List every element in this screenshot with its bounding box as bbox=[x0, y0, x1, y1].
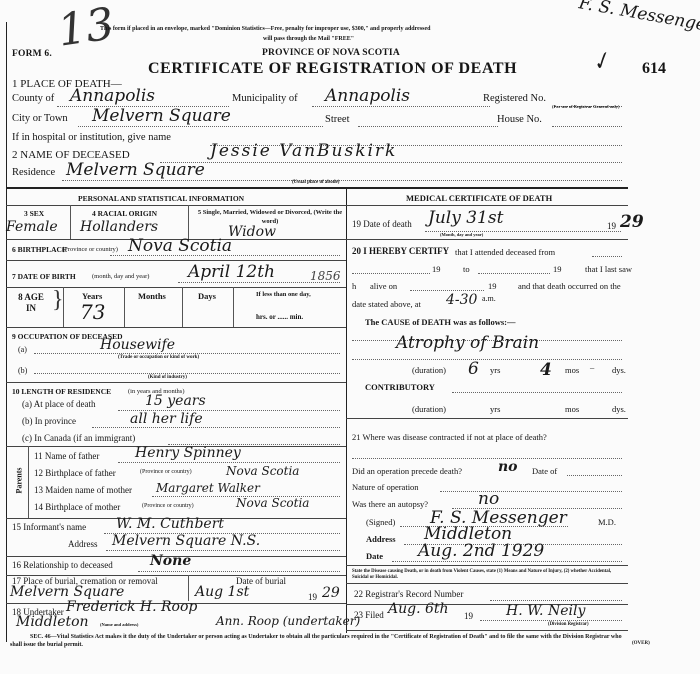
residence-value: Melvern Square bbox=[66, 160, 205, 180]
undertaker-duty-note: SEC. 46—Vital Statistics Act makes it th… bbox=[10, 633, 630, 649]
alive-on-label: alive on bbox=[370, 281, 397, 291]
filed-year-prefix: 19 bbox=[464, 611, 473, 621]
burial-place-value: Melvern Square bbox=[10, 584, 124, 600]
date-of-death-value: July 31st bbox=[428, 208, 503, 228]
operation-nature-label: Nature of operation bbox=[352, 482, 419, 492]
cause-duration-label: (duration) bbox=[412, 365, 446, 375]
county-label: County of bbox=[12, 93, 54, 104]
house-no-label: House No. bbox=[497, 114, 542, 125]
date-of-death-note: (Month, day and year) bbox=[440, 232, 483, 237]
date-of-birth-note: (month, day and year) bbox=[92, 273, 149, 280]
age-label: 8 AGE IN bbox=[14, 292, 48, 314]
attended-to-label: to bbox=[463, 264, 470, 274]
time-of-death-suffix: a.m. bbox=[482, 294, 496, 303]
death-occurred-label: and that death occurred on the bbox=[518, 281, 621, 291]
racial-origin-label: 4 RACIAL ORIGIN bbox=[92, 209, 157, 218]
cause-duration-years: 6 bbox=[468, 359, 479, 379]
city-value: Melvern Square bbox=[92, 106, 231, 126]
cause-of-death-value: Atrophy of Brain bbox=[396, 333, 539, 353]
birthplace-value: Nova Scotia bbox=[128, 236, 232, 256]
occupation-a-value: Housewife bbox=[100, 337, 175, 353]
informant-name-label: 15 Informant's name bbox=[12, 522, 86, 532]
undertaker-extra: Ann. Roop (undertaker) bbox=[216, 614, 360, 628]
doctor-address-label: Address bbox=[366, 534, 396, 544]
over-label: (OVER) bbox=[632, 641, 650, 646]
relationship-label: 16 Relationship to deceased bbox=[12, 560, 113, 570]
autopsy-value: no bbox=[478, 489, 499, 509]
date-of-death-label: 19 Date of death bbox=[352, 219, 412, 229]
check-mark: ✓ bbox=[588, 47, 615, 77]
undertaker-address-value: Middleton bbox=[16, 614, 89, 630]
disease-contracted-label: 21 Where was disease contracted if not a… bbox=[352, 432, 547, 442]
violent-causes-note: State the Disease causing Death, or in d… bbox=[352, 569, 624, 581]
contributory-label: CONTRIBUTORY bbox=[365, 382, 435, 392]
months-label: Months bbox=[138, 291, 166, 301]
signed-date-label: Date bbox=[366, 551, 383, 561]
operation-date-label: Date of bbox=[532, 466, 557, 476]
occupation-b-note: (Kind of industry) bbox=[148, 375, 187, 380]
operation-value: no bbox=[498, 459, 518, 475]
time-of-death-label: date stated above, at bbox=[352, 299, 421, 309]
cause-duration-months: 4 bbox=[540, 360, 552, 380]
autopsy-label: Was there an autopsy? bbox=[352, 499, 428, 509]
undertaker-value: Frederick H. Roop bbox=[66, 599, 197, 615]
occupation-a-note: (Trade or occupation or kind of work) bbox=[118, 355, 199, 360]
father-birthplace-label: 12 Birthplace of father bbox=[34, 468, 116, 478]
registrar-record-label: 22 Registrar's Record Number bbox=[354, 589, 463, 599]
signed-label: (Signed) bbox=[366, 517, 395, 527]
him-her-label: h bbox=[352, 281, 356, 291]
certificate-number: 614 bbox=[642, 60, 666, 78]
cause-duration-days: – bbox=[590, 362, 594, 372]
marital-status-value: Widow bbox=[228, 224, 276, 240]
residence-length-label: 10 LENGTH OF RESIDENCE bbox=[12, 387, 111, 396]
informant-address-value: Melvern Square N.S. bbox=[112, 533, 260, 549]
father-birthplace-note: (Province or country) bbox=[140, 469, 192, 475]
signed-date-value: Aug. 2nd 1929 bbox=[418, 541, 544, 561]
mother-birthplace-value: Nova Scotia bbox=[236, 496, 309, 510]
less-than-day-label: If less than one day, bbox=[256, 291, 311, 298]
undertaker-note: (Name and address) bbox=[100, 622, 138, 627]
registrar-note: (Division Registrar) bbox=[548, 622, 589, 627]
city-label: City or Town bbox=[12, 113, 68, 124]
registered-no-note: (For use of Registrar General only) bbox=[552, 104, 619, 109]
in-province-value: all her life bbox=[130, 411, 203, 427]
contributory-dys-label: dys. bbox=[612, 404, 626, 414]
top-signature: F. S. Messenger bbox=[577, 0, 700, 37]
mail-notice-line1: This form if placed in an envelope, mark… bbox=[100, 26, 431, 32]
cause-dys-label: dys. bbox=[612, 365, 626, 375]
left-border bbox=[6, 22, 7, 642]
burial-date-value: Aug 1st bbox=[195, 584, 249, 600]
municipality-value: Annapolis bbox=[325, 86, 410, 106]
in-canada-label: (c) In Canada (if an immigrant) bbox=[22, 433, 135, 443]
deceased-name-value: Jessie VanBuskirk bbox=[210, 141, 397, 161]
street-label: Street bbox=[325, 114, 350, 125]
certify-text: that I attended deceased from bbox=[455, 247, 555, 257]
county-value: Annapolis bbox=[70, 86, 155, 106]
mother-name-value: Margaret Walker bbox=[156, 481, 260, 495]
burial-year-value: 29 bbox=[322, 585, 340, 601]
mail-notice-line2: will pass through the Mail "FREE" bbox=[263, 36, 354, 42]
date-of-birth-label: 7 DATE OF BIRTH bbox=[12, 272, 76, 281]
certificate-title: CERTIFICATE OF REGISTRATION OF DEATH bbox=[148, 60, 517, 78]
form-number: FORM 6. bbox=[12, 49, 52, 59]
md-label: M.D. bbox=[598, 517, 616, 527]
hrs-min-label: hrs. or ...... min. bbox=[256, 313, 303, 321]
cause-of-death-label: The CAUSE of DEATH was as follows:— bbox=[365, 317, 516, 327]
registrar-signature: H. W. Neily bbox=[506, 603, 585, 619]
personal-section-title: PERSONAL AND STATISTICAL INFORMATION bbox=[78, 194, 244, 203]
province-title: PROVINCE OF NOVA SCOTIA bbox=[262, 48, 400, 58]
death-year-prefix: 19 bbox=[607, 221, 616, 231]
sex-label: 3 SEX bbox=[24, 209, 44, 218]
hospital-label: If in hospital or institution, give name bbox=[12, 132, 171, 143]
mother-name-label: 13 Maiden name of mother bbox=[34, 485, 132, 495]
father-birthplace-value: Nova Scotia bbox=[226, 464, 299, 478]
occupation-a-label: (a) bbox=[18, 345, 27, 354]
racial-origin-value: Hollanders bbox=[80, 219, 158, 235]
death-year-value: 29 bbox=[620, 212, 644, 232]
time-of-death-value: 4-30 bbox=[446, 292, 477, 308]
municipality-label: Municipality of bbox=[232, 93, 298, 104]
date-of-birth-value: April 12th bbox=[188, 262, 275, 282]
cause-yrs-label: yrs bbox=[490, 365, 500, 375]
last-saw-label: that I last saw bbox=[585, 264, 632, 274]
residence-label: Residence bbox=[12, 167, 55, 178]
relationship-value: None bbox=[150, 553, 191, 569]
filed-value: Aug. 6th bbox=[388, 601, 449, 617]
contributory-yrs-label: yrs bbox=[490, 404, 500, 414]
days-label: Days bbox=[198, 291, 216, 301]
occupation-b-label: (b) bbox=[18, 366, 27, 375]
contributory-mos-label: mos bbox=[565, 404, 579, 414]
in-province-label: (b) In province bbox=[22, 416, 76, 426]
birthplace-note: (Province or country) bbox=[62, 246, 118, 253]
certify-label: 20 I HEREBY CERTIFY bbox=[352, 246, 449, 256]
burial-year-prefix: 19 bbox=[308, 592, 317, 602]
father-name-value: Henry Spinney bbox=[135, 445, 241, 461]
registered-no-label: Registered No. bbox=[483, 93, 546, 104]
attended-from-year-prefix: 19 bbox=[432, 264, 441, 274]
residence-note: (Usual place of abode) bbox=[292, 180, 339, 185]
mother-birthplace-label: 14 Birthplace of mother bbox=[34, 502, 120, 512]
contributory-duration-label: (duration) bbox=[412, 404, 446, 414]
filed-label: 23 Filed bbox=[354, 610, 384, 620]
at-place-value: 15 years bbox=[145, 393, 206, 409]
operation-label: Did an operation precede death? bbox=[352, 466, 462, 476]
informant-address-label: Address bbox=[68, 539, 98, 549]
mother-birthplace-note: (Province or country) bbox=[142, 503, 194, 509]
sex-value: Female bbox=[6, 219, 58, 235]
medical-section-title: MEDICAL CERTIFICATE OF DEATH bbox=[406, 193, 552, 203]
birthplace-label: 6 BIRTHPLACE bbox=[12, 245, 67, 254]
at-place-label: (a) At place of death bbox=[22, 399, 95, 409]
alive-on-year-prefix: 19 bbox=[488, 281, 497, 291]
parents-side-label: Parents bbox=[15, 467, 24, 493]
father-name-label: 11 Name of father bbox=[34, 451, 99, 461]
age-years-value: 73 bbox=[80, 300, 105, 324]
date-of-birth-year: 1856 bbox=[310, 269, 341, 283]
attended-to-year-prefix: 19 bbox=[553, 264, 562, 274]
informant-name-value: W. M. Cuthbert bbox=[116, 516, 224, 532]
cause-mos-label: mos bbox=[565, 365, 579, 375]
